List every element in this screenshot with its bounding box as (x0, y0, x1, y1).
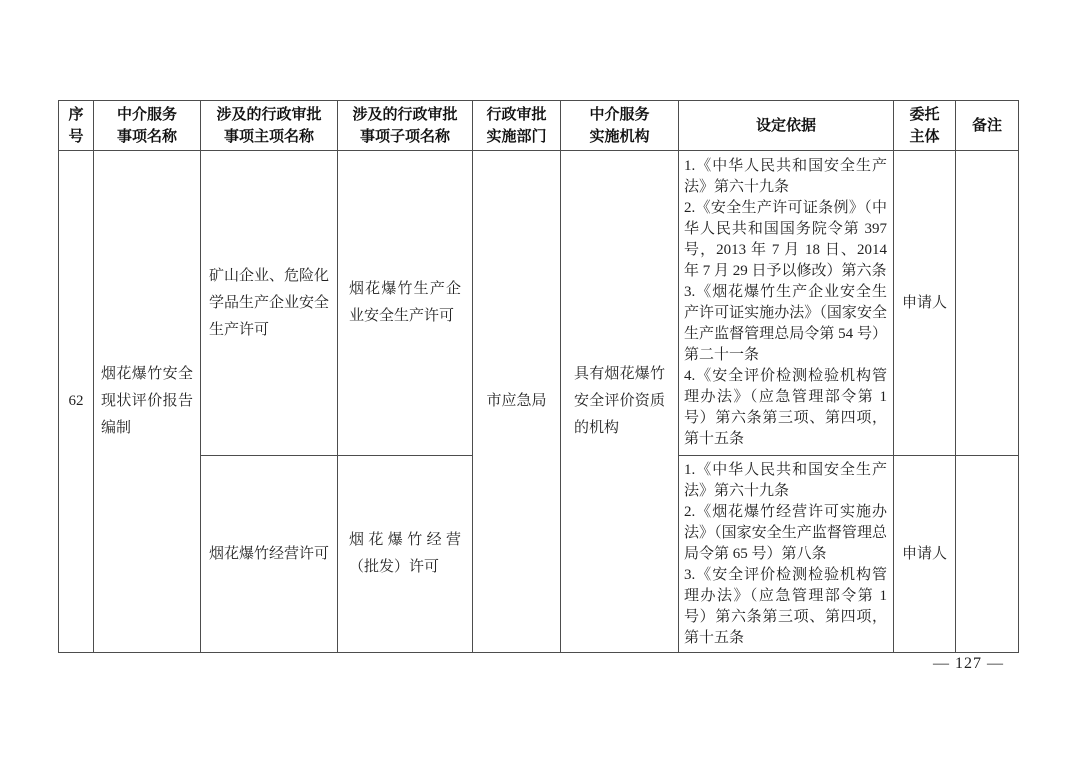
basis-item: 1.《中华人民共和国安全生产法》第六十九条 (684, 156, 887, 198)
header-sub-item: 涉及的行政审批 事项子项名称 (338, 101, 473, 151)
header-main-item: 涉及的行政审批 事项主项名称 (201, 101, 338, 151)
header-approval-dept: 行政审批 实施部门 (473, 101, 561, 151)
cell-main-item-1: 矿山企业、危险化学品生产企业安全生产许可 (201, 151, 338, 456)
cell-sub-item-1: 烟花爆竹生产企业安全生产许可 (338, 151, 473, 456)
cell-main-item-2: 烟花爆竹经营许可 (201, 456, 338, 653)
cell-sub-item-2: 烟花爆竹经营（批发）许可 (338, 456, 473, 653)
table-row-62-subrow-1: 62 烟花爆竹安全现状评价报告编制 矿山企业、危险化学品生产企业安全生产许可 烟… (59, 151, 1019, 456)
header-service-agency: 中介服务 实施机构 (561, 101, 679, 151)
document-page: 序 号 中介服务 事项名称 涉及的行政审批 事项主项名称 涉及的行政审批 事项子… (0, 0, 1074, 757)
table-header-row: 序 号 中介服务 事项名称 涉及的行政审批 事项主项名称 涉及的行政审批 事项子… (59, 101, 1019, 151)
cell-service-name: 烟花爆竹安全现状评价报告编制 (94, 151, 201, 653)
header-service-name: 中介服务 事项名称 (94, 101, 201, 151)
basis-item: 4.《安全评价检测检验机构管理办法》（应急管理部令第 1 号）第六条第三项、第四… (684, 366, 887, 450)
basis-item: 2.《烟花爆竹经营许可实施办法》（国家安全生产监督管理总局令第 65 号）第八条 (684, 502, 887, 565)
cell-basis-2: 1.《中华人民共和国安全生产法》第六十九条 2.《烟花爆竹经营许可实施办法》（国… (679, 456, 894, 653)
cell-basis-1: 1.《中华人民共和国安全生产法》第六十九条 2.《安全生产许可证条例》（中华人民… (679, 151, 894, 456)
header-basis: 设定依据 (679, 101, 894, 151)
cell-service-agency: 具有烟花爆竹安全评价资质的机构 (561, 151, 679, 653)
cell-remark-1 (956, 151, 1019, 456)
header-seq: 序 号 (59, 101, 94, 151)
header-remark: 备注 (956, 101, 1019, 151)
cell-principal-2: 申请人 (894, 456, 956, 653)
cell-remark-2 (956, 456, 1019, 653)
header-principal: 委托 主体 (894, 101, 956, 151)
basis-item: 1.《中华人民共和国安全生产法》第六十九条 (684, 460, 887, 502)
basis-item: 3.《烟花爆竹生产企业安全生产许可证实施办法》（国家安全生产监督管理总局令第 5… (684, 282, 887, 366)
basis-item: 2.《安全生产许可证条例》（中华人民共和国国务院令第 397 号，2013 年 … (684, 198, 887, 282)
page-number: — 127 — (933, 655, 1004, 673)
cell-approval-dept: 市应急局 (473, 151, 561, 653)
intermediary-services-table: 序 号 中介服务 事项名称 涉及的行政审批 事项主项名称 涉及的行政审批 事项子… (58, 100, 1019, 653)
basis-item: 3.《安全评价检测检验机构管理办法》（应急管理部令第 1 号）第六条第三项、第四… (684, 565, 887, 649)
cell-seq: 62 (59, 151, 94, 653)
cell-principal-1: 申请人 (894, 151, 956, 456)
